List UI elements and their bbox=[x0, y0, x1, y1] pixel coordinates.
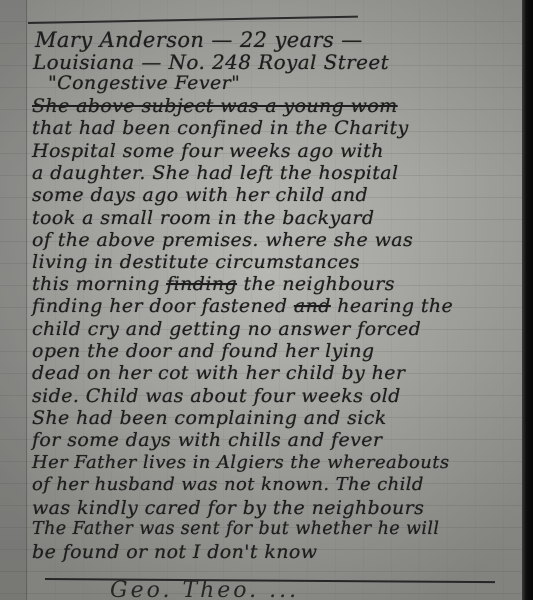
struck-word: and bbox=[294, 295, 331, 317]
body-line-4: a daughter. She had left the hospital bbox=[32, 162, 398, 184]
body-line-15: She had been complaining and sick bbox=[32, 407, 387, 429]
entry-place-line: Louisiana — No. 248 Royal Street bbox=[33, 50, 389, 74]
body-line-8: living in destitute circumstances bbox=[32, 251, 360, 273]
body-line-13: dead on her cot with her child by her bbox=[32, 362, 405, 384]
body-line-7: of the above premises. where she was bbox=[32, 229, 413, 251]
body-line-5: some days ago with her child and bbox=[32, 184, 368, 206]
body-line-14: side. Child was about four weeks old bbox=[32, 385, 401, 407]
signature: Geo. Theo. ... bbox=[110, 578, 299, 600]
body-line-18: of her husband was not known. The child bbox=[32, 474, 424, 495]
document-page: Mary Anderson — 22 years — Louisiana — N… bbox=[0, 0, 533, 600]
body-line-11: child cry and getting no answer forced bbox=[32, 318, 421, 340]
body-line-12: open the door and found her lying bbox=[32, 340, 374, 362]
body-line-9-pre: this morning bbox=[32, 273, 166, 295]
struck-word: finding bbox=[166, 273, 237, 295]
body-line-16: for some days with chills and fever bbox=[32, 429, 382, 451]
body-line-10-pre: finding her door fastened bbox=[32, 295, 294, 317]
body-line-6: took a small room in the backyard bbox=[32, 207, 374, 229]
body-line-9: this morning finding the neighbours bbox=[32, 273, 395, 295]
entry-name-line: Mary Anderson — 22 years — bbox=[35, 28, 363, 52]
entry-cause-line: "Congestive Fever" bbox=[48, 72, 240, 94]
body-line-21: be found or not I don't know bbox=[32, 541, 317, 563]
body-line-3: Hospital some four weeks ago with bbox=[32, 140, 384, 162]
body-line-10: finding her door fastened and hearing th… bbox=[32, 295, 453, 317]
left-margin bbox=[0, 0, 27, 600]
page-binding-edge bbox=[522, 0, 533, 600]
body-line-10-post: hearing the bbox=[331, 295, 453, 317]
body-line-17: Her Father lives in Algiers the whereabo… bbox=[32, 452, 450, 473]
body-line-19: was kindly cared for by the neighbours bbox=[32, 497, 424, 519]
body-line-1: She above subject was a young wom bbox=[32, 95, 398, 117]
body-line-20: The Father was sent for but whether he w… bbox=[32, 519, 439, 539]
body-line-2: that had been confined in the Charity bbox=[32, 117, 409, 139]
body-line-9-post: the neighbours bbox=[237, 273, 395, 295]
